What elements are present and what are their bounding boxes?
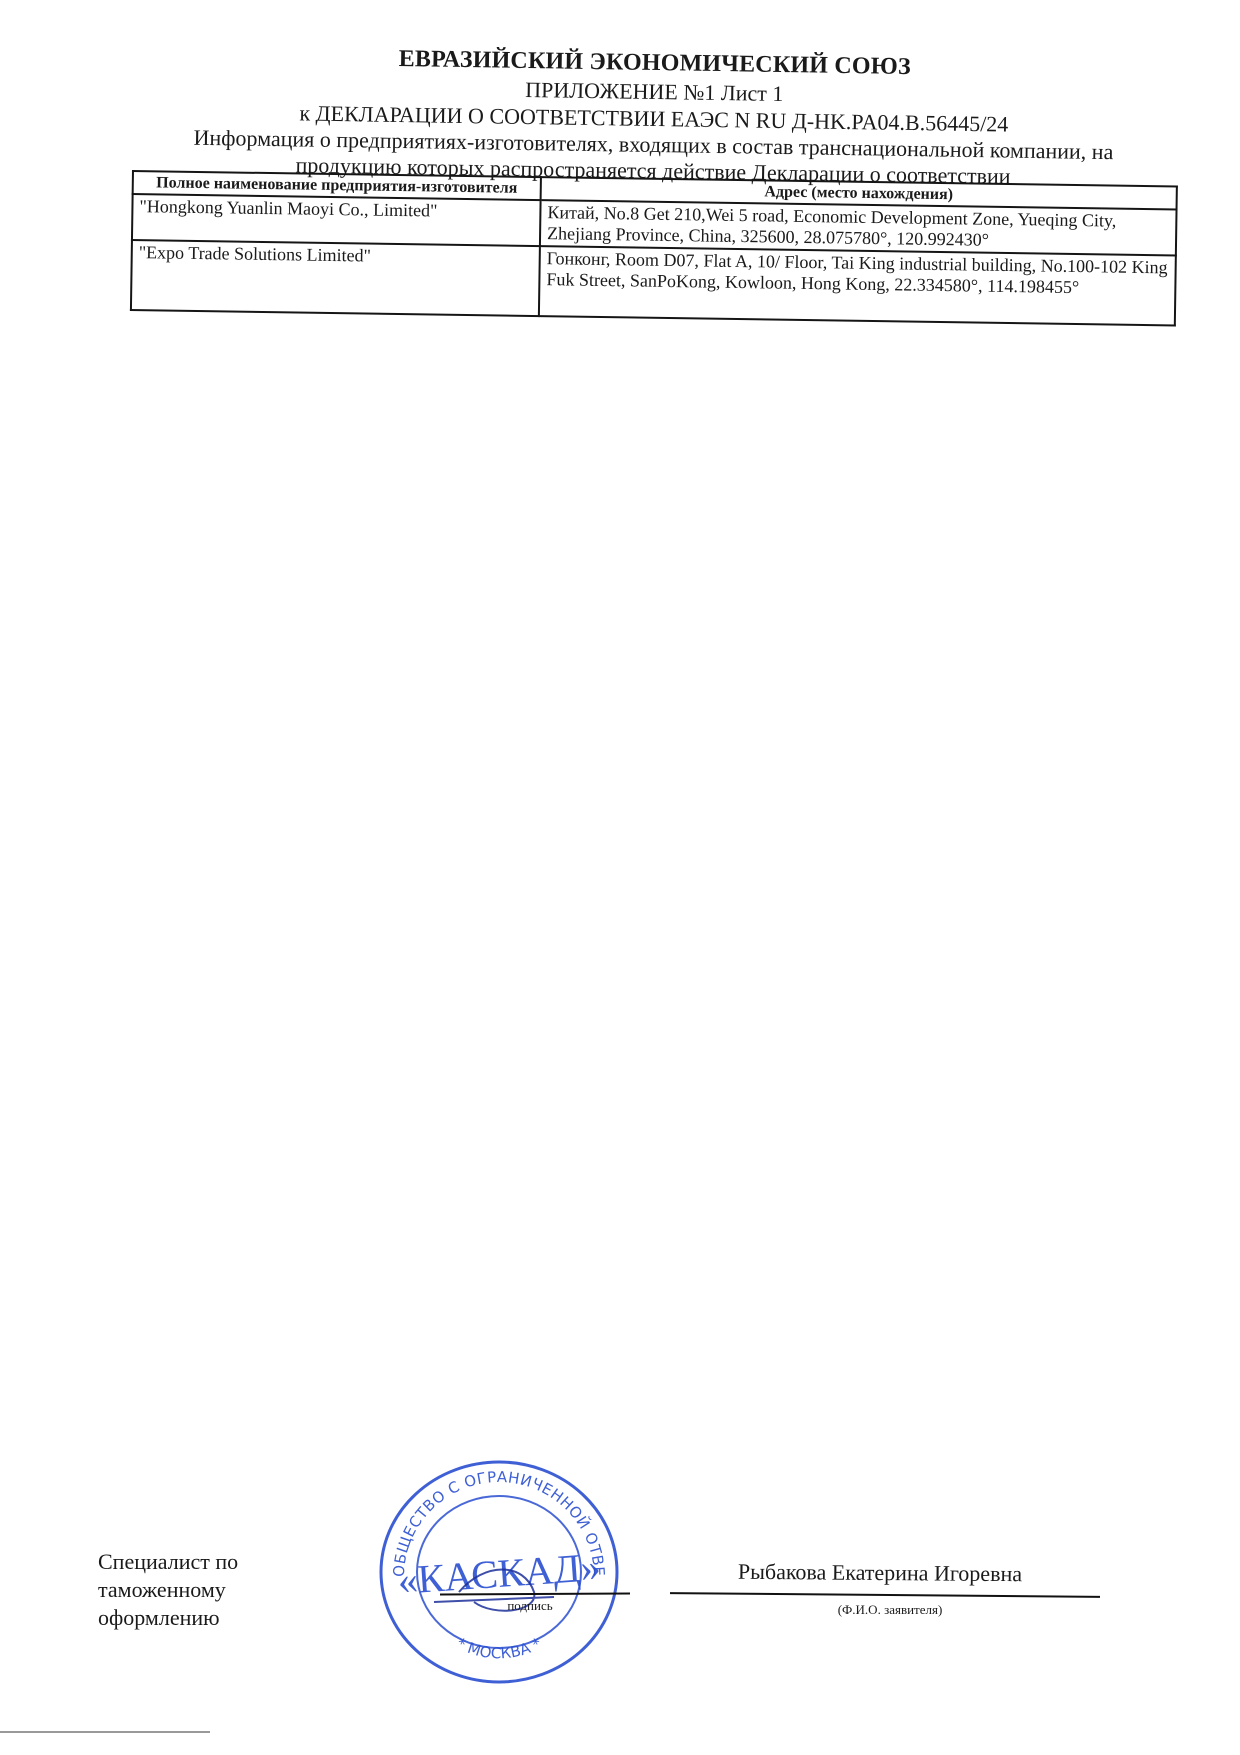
signer-name: Рыбакова Екатерина Игоревна xyxy=(660,1558,1100,1588)
name-caption: (Ф.И.О. заявителя) xyxy=(780,1602,1000,1618)
manufacturers-table: Полное наименование предприятия-изготови… xyxy=(130,170,1178,327)
manufacturer-name: "Expo Trade Solutions Limited" xyxy=(131,240,540,316)
stamp-city-text: * МОСКВА * xyxy=(454,1634,545,1663)
name-line xyxy=(670,1592,1100,1598)
signer-role: Специалист по таможенному оформлению xyxy=(98,1548,278,1632)
bottom-scan-rule xyxy=(0,1731,210,1733)
table-row: "Expo Trade Solutions Limited" Гонконг, … xyxy=(131,240,1176,325)
document-header: ЕВРАЗИЙСКИЙ ЭКОНОМИЧЕСКИЙ СОЮЗ ПРИЛОЖЕНИ… xyxy=(148,40,1160,192)
document-page: ЕВРАЗИЙСКИЙ ЭКОНОМИЧЕСКИЙ СОЮЗ ПРИЛОЖЕНИ… xyxy=(0,0,1240,1755)
signature-caption: подпись xyxy=(470,1598,590,1614)
manufacturers-table-wrap: Полное наименование предприятия-изготови… xyxy=(130,170,1178,327)
company-stamp: ОБЩЕСТВО С ОГРАНИЧЕННОЙ ОТВЕТСТВЕННОСТЬЮ… xyxy=(374,1452,624,1687)
manufacturer-name: "Hongkong Yuanlin Maoyi Co., Limited" xyxy=(132,194,541,246)
svg-text:* МОСКВА *: * МОСКВА * xyxy=(454,1634,545,1663)
manufacturer-address: Гонконг, Room D07, Flat A, 10/ Floor, Ta… xyxy=(539,246,1176,325)
